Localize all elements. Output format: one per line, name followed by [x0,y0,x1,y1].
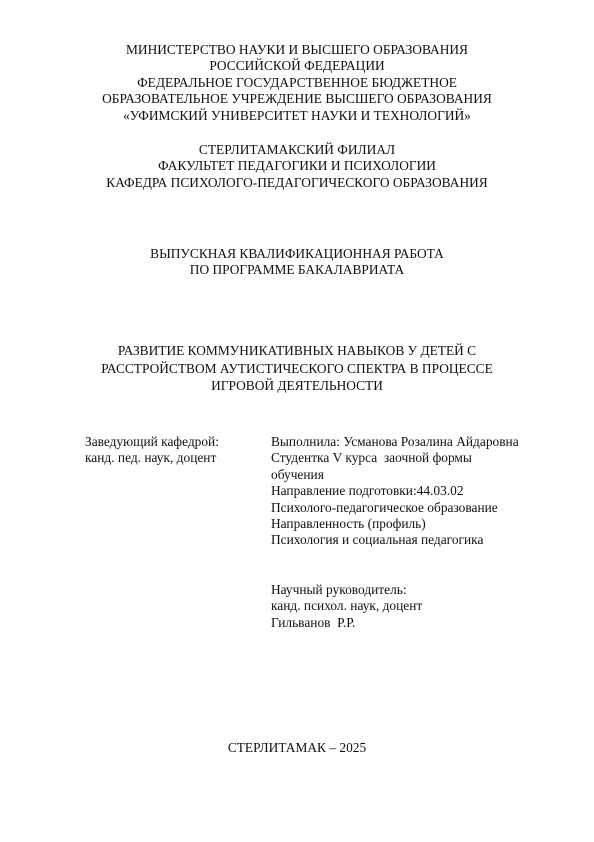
title-line: РАССТРОЙСТВОМ АУТИСТИЧЕСКОГО СПЕКТРА В П… [0,360,594,378]
supervisor-degree: канд. психол. наук, доцент [271,598,422,614]
header-line: ФЕДЕРАЛЬНОЕ ГОСУДАРСТВЕННОЕ БЮДЖЕТНОЕ [0,75,594,91]
header-line: ОБРАЗОВАТЕЛЬНОЕ УЧРЕЖДЕНИЕ ВЫСШЕГО ОБРАЗ… [0,91,594,107]
city-year-text: СТЕРЛИТАМАК – 2025 [0,740,594,756]
author-course: Студентка V курса заочной формы [271,450,519,466]
work-type-line: ПО ПРОГРАММЕ БАКАЛАВРИАТА [0,262,594,278]
city-year: СТЕРЛИТАМАК – 2025 [0,740,594,756]
header-line: РОССИЙСКОЙ ФЕДЕРАЦИИ [0,58,594,74]
faculty-line: ФАКУЛЬТЕТ ПЕДАГОГИКИ И ПСИХОЛОГИИ [0,158,594,174]
title-line: РАЗВИТИЕ КОММУНИКАТИВНЫХ НАВЫКОВ У ДЕТЕЙ… [0,342,594,360]
supervisor-info: Научный руководитель: канд. психол. наук… [271,582,422,631]
head-of-department-degree: канд. пед. наук, доцент [85,450,219,466]
department-line: КАФЕДРА ПСИХОЛОГО-ПЕДАГОГИЧЕСКОГО ОБРАЗО… [0,175,594,191]
profile-name: Психология и социальная педагогика [271,532,519,548]
header-line: «УФИМСКИЙ УНИВЕРСИТЕТ НАУКИ И ТЕХНОЛОГИЙ… [0,108,594,124]
direction-name: Психолого-педагогическое образование [271,500,519,516]
supervisor-name: Гильванов Р.Р. [271,615,422,631]
work-type: ВЫПУСКНАЯ КВАЛИФИКАЦИОННАЯ РАБОТА ПО ПРО… [0,246,594,279]
ministry-header: МИНИСТЕРСТВО НАУКИ И ВЫСШЕГО ОБРАЗОВАНИЯ… [0,42,594,124]
author-name: Выполнила: Усманова Розалина Айдаровна [271,434,519,450]
direction-code: Направление подготовки:44.03.02 [271,483,519,499]
author-info: Выполнила: Усманова Розалина Айдаровна С… [271,434,519,549]
thesis-title: РАЗВИТИЕ КОММУНИКАТИВНЫХ НАВЫКОВ У ДЕТЕЙ… [0,342,594,395]
branch-faculty-department: СТЕРЛИТАМАКСКИЙ ФИЛИАЛ ФАКУЛЬТЕТ ПЕДАГОГ… [0,142,594,191]
author-course-cont: обучения [271,467,519,483]
profile-label: Направленность (профиль) [271,516,519,532]
header-line: МИНИСТЕРСТВО НАУКИ И ВЫСШЕГО ОБРАЗОВАНИЯ [0,42,594,58]
title-line: ИГРОВОЙ ДЕЯТЕЛЬНОСТИ [0,377,594,395]
work-type-line: ВЫПУСКНАЯ КВАЛИФИКАЦИОННАЯ РАБОТА [0,246,594,262]
head-of-department-label: Заведующий кафедрой: [85,434,219,450]
branch-line: СТЕРЛИТАМАКСКИЙ ФИЛИАЛ [0,142,594,158]
head-of-department: Заведующий кафедрой: канд. пед. наук, до… [85,434,219,467]
supervisor-label: Научный руководитель: [271,582,422,598]
